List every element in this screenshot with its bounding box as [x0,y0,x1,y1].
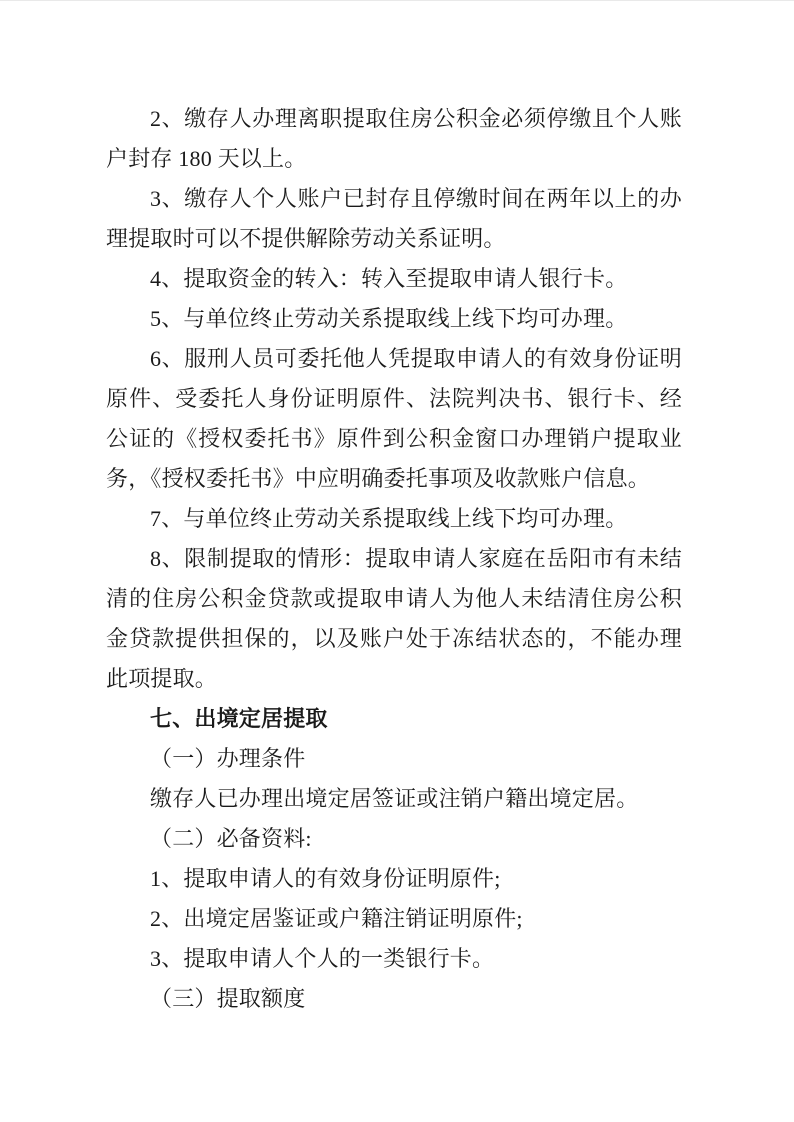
paragraph-material-1: 1、提取申请人的有效身份证明原件; [106,859,682,899]
paragraph-subheading-conditions: （一）办理条件 [106,739,682,779]
paragraph-subheading-quota: （三）提取额度 [106,979,682,1019]
paragraph-rule-5: 5、与单位终止劳动关系提取线上线下均可办理。 [106,299,682,339]
paragraph-rule-4: 4、提取资金的转入：转入至提取申请人银行卡。 [106,259,682,299]
paragraph-material-3: 3、提取申请人个人的一类银行卡。 [106,939,682,979]
paragraph-rule-6: 6、服刑人员可委托他人凭提取申请人的有效身份证明原件、受委托人身份证明原件、法院… [106,339,682,499]
paragraph-condition-text: 缴存人已办理出境定居签证或注销户籍出境定居。 [106,779,682,819]
paragraph-subheading-materials: （二）必备资料: [106,819,682,859]
paragraph-rule-2: 2、缴存人办理离职提取住房公积金必须停缴且个人账户封存 180 天以上。 [106,99,682,179]
paragraph-material-2: 2、出境定居鉴证或户籍注销证明原件; [106,899,682,939]
paragraph-rule-3: 3、缴存人个人账户已封存且停缴时间在两年以上的办理提取时可以不提供解除劳动关系证… [106,179,682,259]
paragraph-rule-8: 8、限制提取的情形：提取申请人家庭在岳阳市有未结清的住房公积金贷款或提取申请人为… [106,539,682,699]
paragraph-rule-7: 7、与单位终止劳动关系提取线上线下均可办理。 [106,499,682,539]
section-heading-7: 七、出境定居提取 [106,699,682,739]
document-page: 2、缴存人办理离职提取住房公积金必须停缴且个人账户封存 180 天以上。 3、缴… [0,0,794,1122]
